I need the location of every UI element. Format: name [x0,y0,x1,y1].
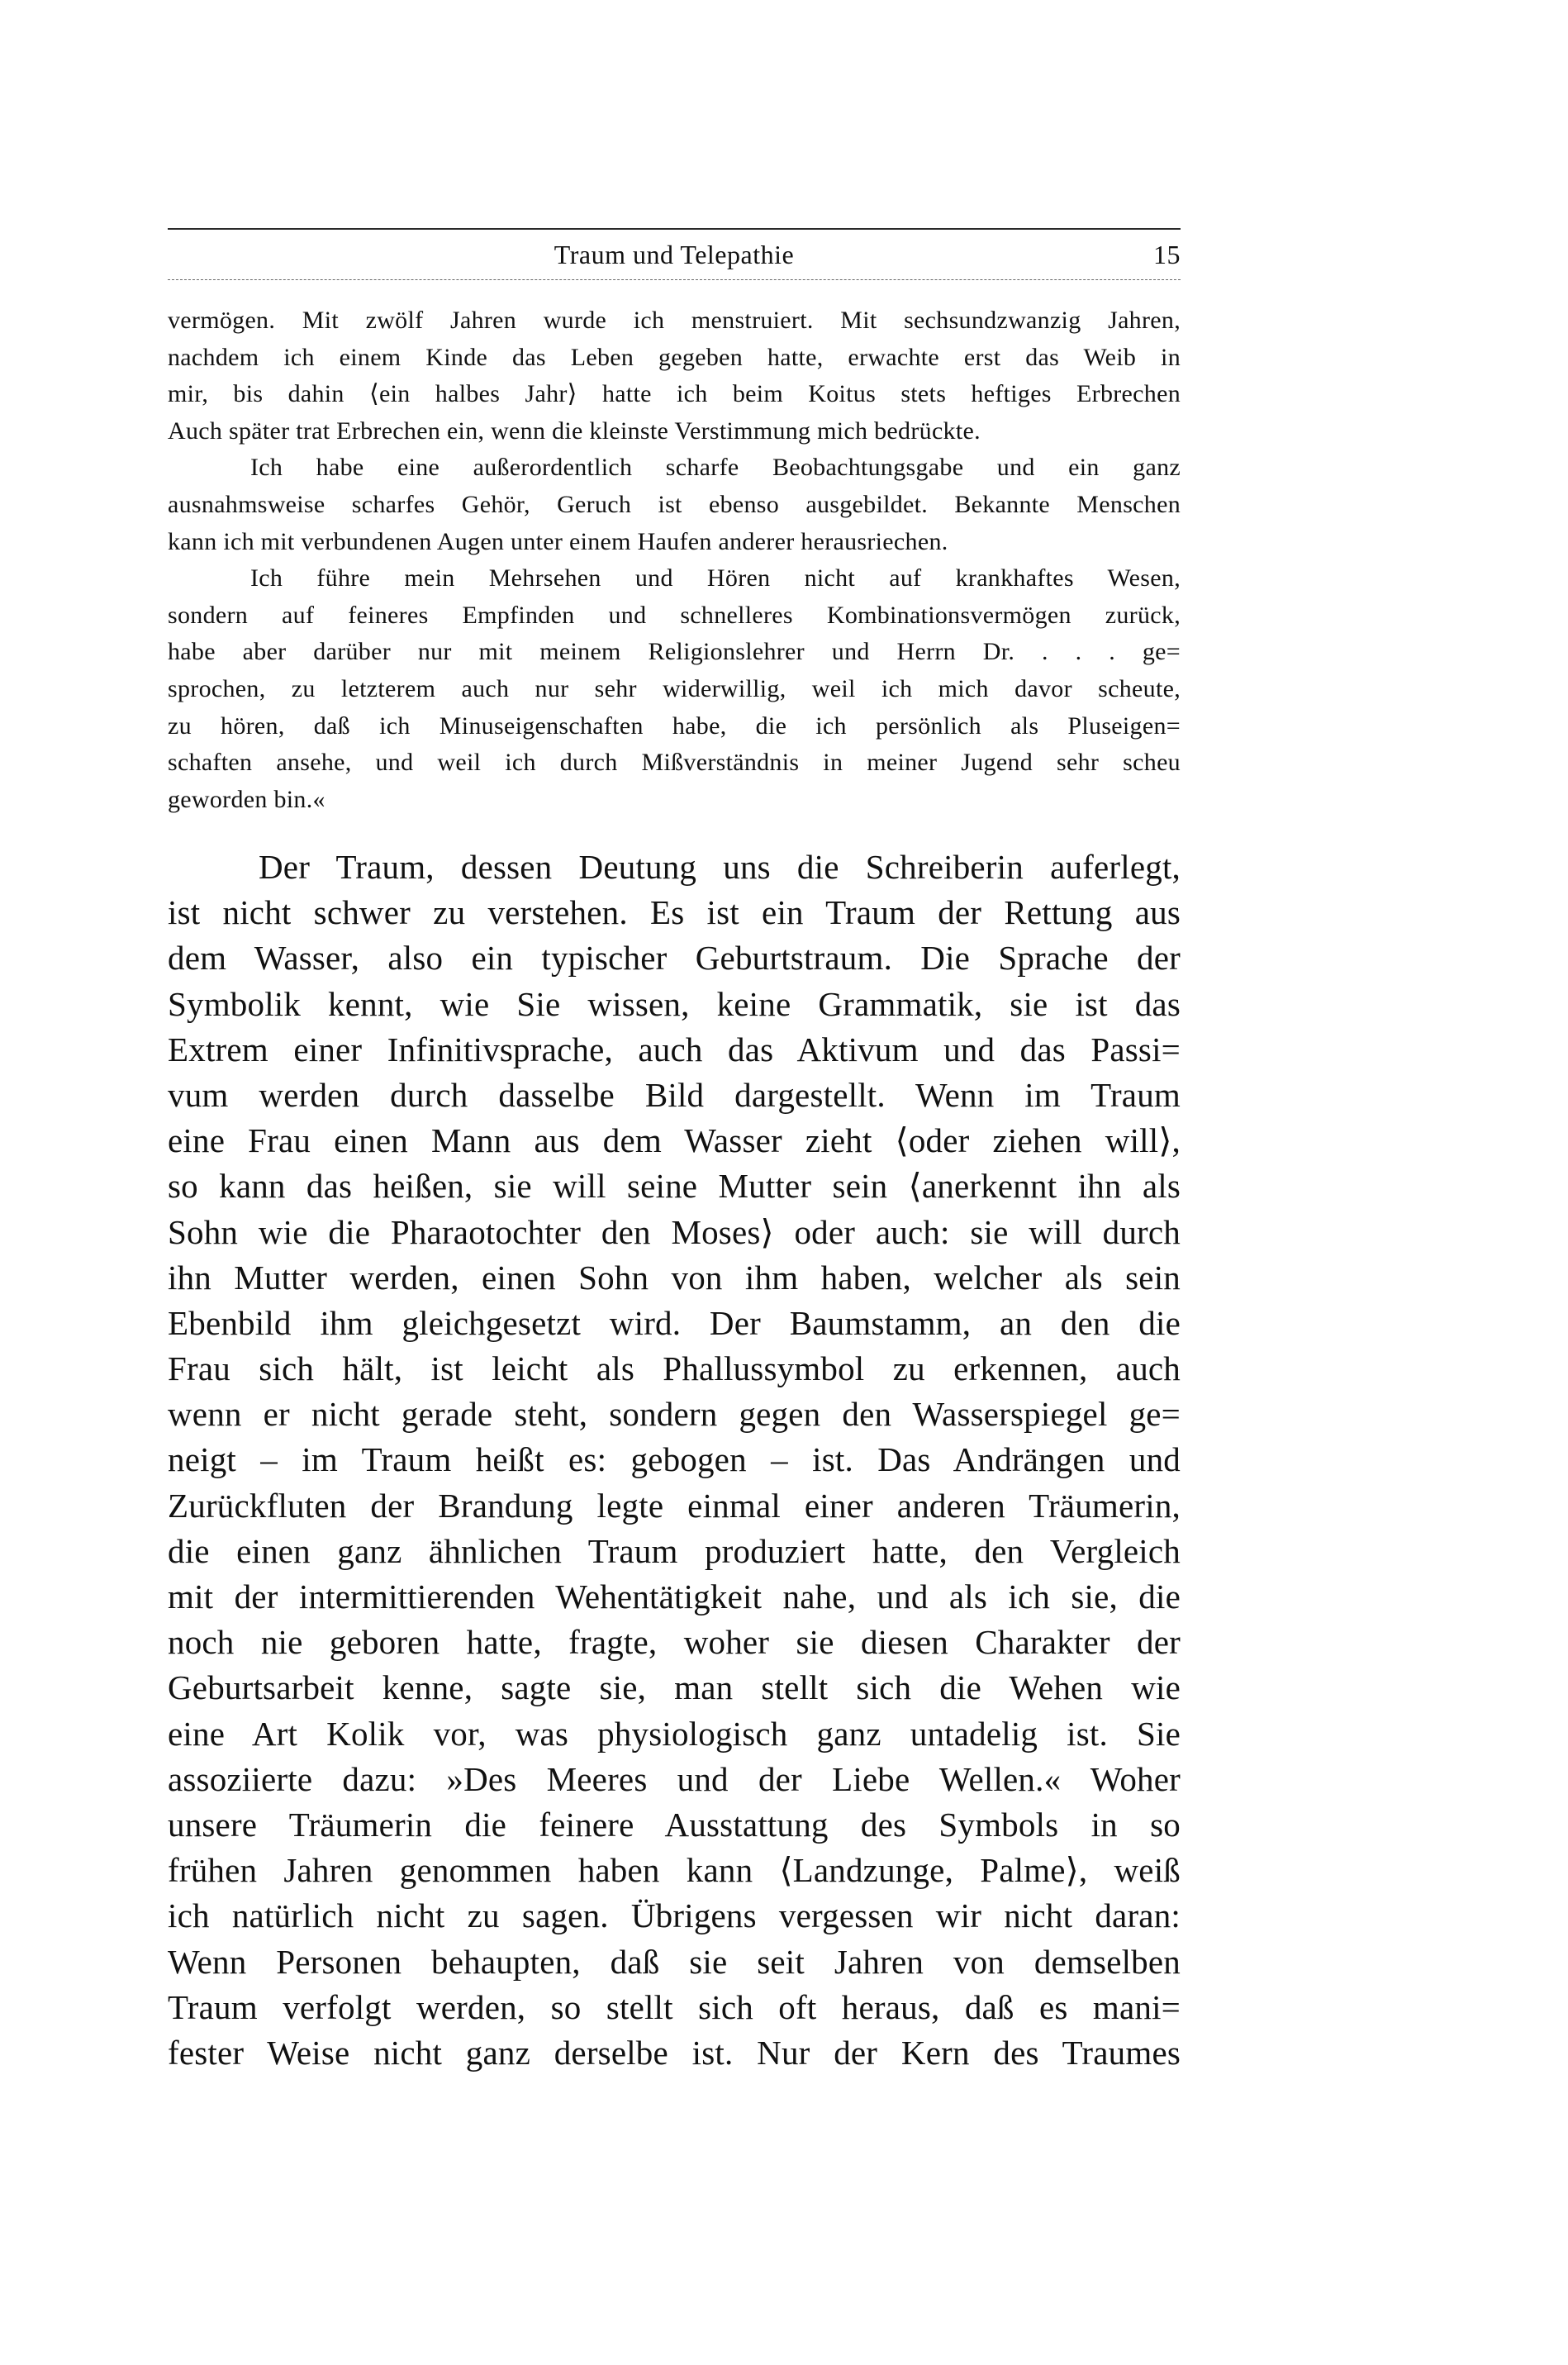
text-line: zu hören, daß ich Minuseigenschaften hab… [168,708,1181,745]
text-line: wenn er nicht gerade steht, sondern gege… [168,1392,1181,1437]
text-line: Ich habe eine außerordentlich scharfe Be… [168,450,1181,487]
quoted-letter-block: vermögen. Mit zwölf Jahren wurde ich men… [168,302,1181,818]
text-line: schaften ansehe, und weil ich durch Mißv… [168,745,1181,782]
text-line: fester Weise nicht ganz derselbe ist. Nu… [168,2030,1181,2076]
text-line: Symbolik kennt, wie Sie wissen, keine Gr… [168,982,1181,1027]
header-rule-bottom [168,279,1181,280]
text-line: Extrem einer Infinitivsprache, auch das … [168,1027,1181,1073]
text-line: frühen Jahren genommen haben kann ⟨Landz… [168,1848,1181,1893]
main-text-paragraph: Der Traum, dessen Deutung uns die Schrei… [168,845,1181,2076]
text-line: assoziierte dazu: »Des Meeres und der Li… [168,1757,1181,1802]
text-line: eine Art Kolik vor, was physiologisch ga… [168,1711,1181,1757]
text-line: Wenn Personen behaupten, daß sie seit Ja… [168,1939,1181,1985]
text-line: dem Wasser, also ein typischer Geburtstr… [168,935,1181,981]
text-line: eine Frau einen Mann aus dem Wasser zieh… [168,1118,1181,1163]
text-line: ist nicht schwer zu verstehen. Es ist ei… [168,890,1181,935]
text-line: Zurückfluten der Brandung legte einmal e… [168,1483,1181,1529]
text-line: Traum verfolgt werden, so stellt sich of… [168,1985,1181,2030]
text-line: vermögen. Mit zwölf Jahren wurde ich men… [168,302,1181,340]
text-line: neigt – im Traum heißt es: gebogen – ist… [168,1437,1181,1482]
text-line: nachdem ich einem Kinde das Leben gegebe… [168,340,1181,377]
text-line: mit der intermittierenden Wehentätigkeit… [168,1574,1181,1620]
text-line: ihn Mutter werden, einen Sohn von ihm ha… [168,1255,1181,1301]
text-line: so kann das heißen, sie will seine Mutte… [168,1163,1181,1209]
text-line: mir, bis dahin ⟨ein halbes Jahr⟩ hatte i… [168,376,1181,413]
text-line: Sohn wie die Pharaotochter den Moses⟩ od… [168,1210,1181,1255]
text-line: ausnahmsweise scharfes Gehör, Geruch ist… [168,487,1181,524]
text-line: habe aber darüber nur mit meinem Religio… [168,634,1181,671]
text-line: vum werden durch dasselbe Bild dargestel… [168,1073,1181,1118]
running-head: Traum und Telepathie 15 [168,236,1181,274]
text-line: die einen ganz ähnlichen Traum produzier… [168,1529,1181,1574]
text-line: geworden bin.« [168,782,1181,819]
text-line: noch nie geboren hatte, fragte, woher si… [168,1620,1181,1665]
text-line: unsere Träumerin die feinere Ausstattung… [168,1802,1181,1848]
running-title: Traum und Telepathie [168,236,1181,274]
text-line: kann ich mit verbundenen Augen unter ein… [168,524,1181,561]
text-line: Geburtsarbeit kenne, sagte sie, man stel… [168,1665,1181,1711]
page-number: 15 [1153,236,1181,274]
text-line: Auch später trat Erbrechen ein, wenn die… [168,413,1181,450]
text-line: sondern auf feineres Empfinden und schne… [168,597,1181,635]
text-line: sprochen, zu letzterem auch nur sehr wid… [168,671,1181,708]
text-line: Frau sich hält, ist leicht als Phallussy… [168,1346,1181,1392]
text-line: Ich führe mein Mehrsehen und Hören nicht… [168,560,1181,597]
text-line: Ebenbild ihm gleichgesetzt wird. Der Bau… [168,1301,1181,1346]
header-rule-top [168,228,1181,230]
text-line: Der Traum, dessen Deutung uns die Schrei… [168,845,1181,890]
text-line: ich natürlich nicht zu sagen. Übrigens v… [168,1893,1181,1939]
